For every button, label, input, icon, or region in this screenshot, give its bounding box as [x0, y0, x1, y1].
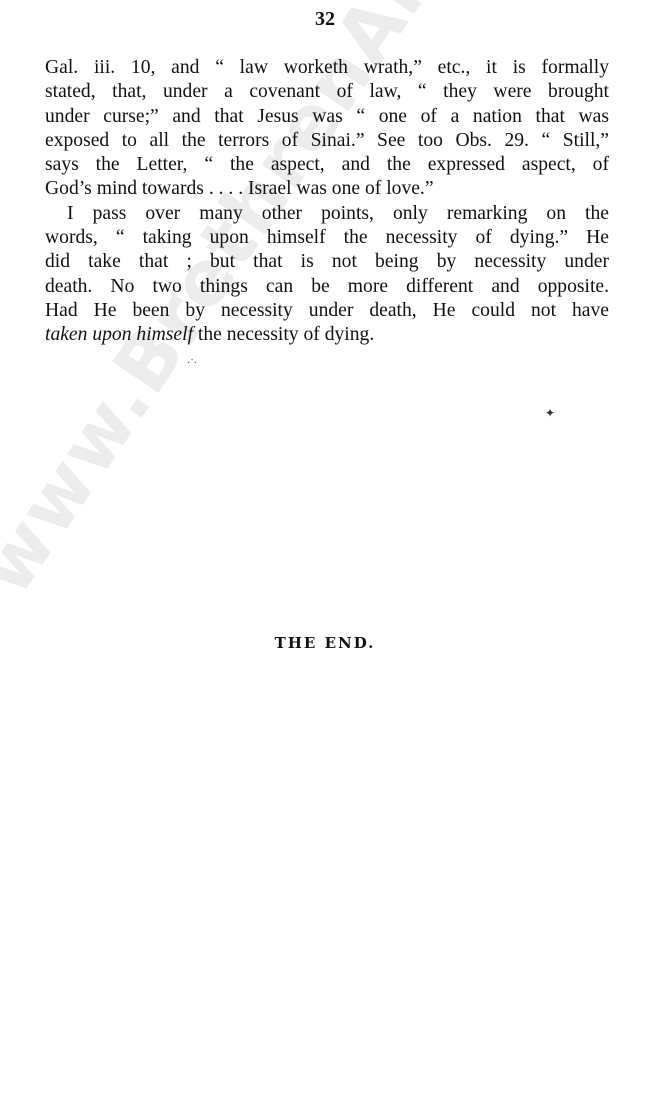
text-line: Had He been by necessity under death, He… [45, 299, 609, 323]
text-line: did take that ; but that is not being by… [45, 250, 609, 274]
text-line: taken upon himself the necessity of dyin… [45, 323, 609, 347]
italic-phrase: taken upon himself [45, 324, 193, 345]
text-fragment: the necessity of dying. [193, 324, 374, 345]
page-number: 32 [0, 8, 650, 31]
print-speck: ✦ [545, 406, 555, 421]
text-line: exposed to all the terrors of Sinai.” Se… [45, 129, 609, 153]
closing-text: THE END. [0, 634, 650, 652]
text-line: Gal. iii. 10, and “ law worketh wrath,” … [45, 56, 609, 80]
text-line: God’s mind towards . . . . Israel was on… [45, 177, 609, 201]
body-text: Gal. iii. 10, and “ law worketh wrath,” … [45, 56, 609, 348]
text-line: I pass over many other points, only rema… [45, 202, 609, 226]
print-speck: ·˙· [187, 358, 197, 369]
text-line: words, “ taking upon himself the necessi… [45, 226, 609, 250]
text-line: death. No two things can be more differe… [45, 275, 609, 299]
paragraph-1: Gal. iii. 10, and “ law worketh wrath,” … [45, 56, 609, 202]
text-line: stated, that, under a covenant of law, “… [45, 80, 609, 104]
text-line: says the Letter, “ the aspect, and the e… [45, 153, 609, 177]
text-line: under curse;” and that Jesus was “ one o… [45, 105, 609, 129]
paragraph-2: I pass over many other points, only rema… [45, 202, 609, 348]
